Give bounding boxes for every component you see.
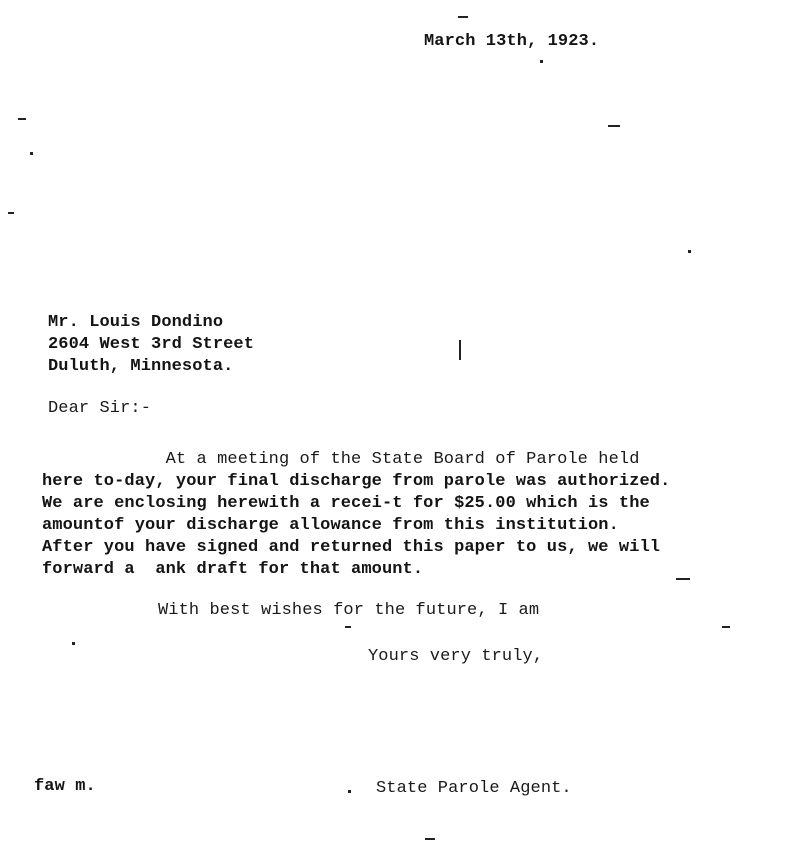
scan-speck (345, 626, 351, 628)
scan-speck (540, 60, 543, 63)
signature-title: State Parole Agent. (376, 778, 572, 800)
recipient-street: 2604 West 3rd Street (48, 334, 254, 356)
body-line-4: amountof your discharge allowance from t… (42, 515, 619, 537)
scan-speck (18, 118, 26, 120)
scan-speck (30, 152, 33, 155)
body-line-5: After you have signed and returned this … (42, 537, 660, 559)
letter-date: March 13th, 1923. (424, 31, 599, 53)
scan-speck (722, 626, 730, 628)
closing-line: With best wishes for the future, I am (158, 600, 539, 622)
typist-initials: faw m. (34, 776, 96, 798)
letter-page: March 13th, 1923. Mr. Louis Dondino 2604… (0, 0, 800, 850)
scan-speck (348, 790, 351, 793)
scan-speck (72, 642, 75, 645)
scan-speck (8, 212, 14, 214)
body-line-1: At a meeting of the State Board of Parol… (42, 449, 640, 471)
body-line-6: forward a ank draft for that amount. (42, 559, 423, 581)
scan-speck (459, 340, 461, 360)
scan-speck (608, 125, 620, 127)
complimentary-close: Yours very truly, (368, 646, 543, 668)
scan-speck (688, 250, 691, 253)
scan-speck (458, 16, 468, 18)
recipient-city: Duluth, Minnesota. (48, 356, 233, 378)
recipient-name: Mr. Louis Dondino (48, 312, 223, 334)
scan-speck (676, 578, 690, 580)
salutation: Dear Sir:- (48, 398, 151, 420)
scan-speck (425, 838, 435, 840)
body-line-2: here to-day, your final discharge from p… (42, 471, 670, 493)
body-line-3: We are enclosing herewith a recei-t for … (42, 493, 650, 515)
